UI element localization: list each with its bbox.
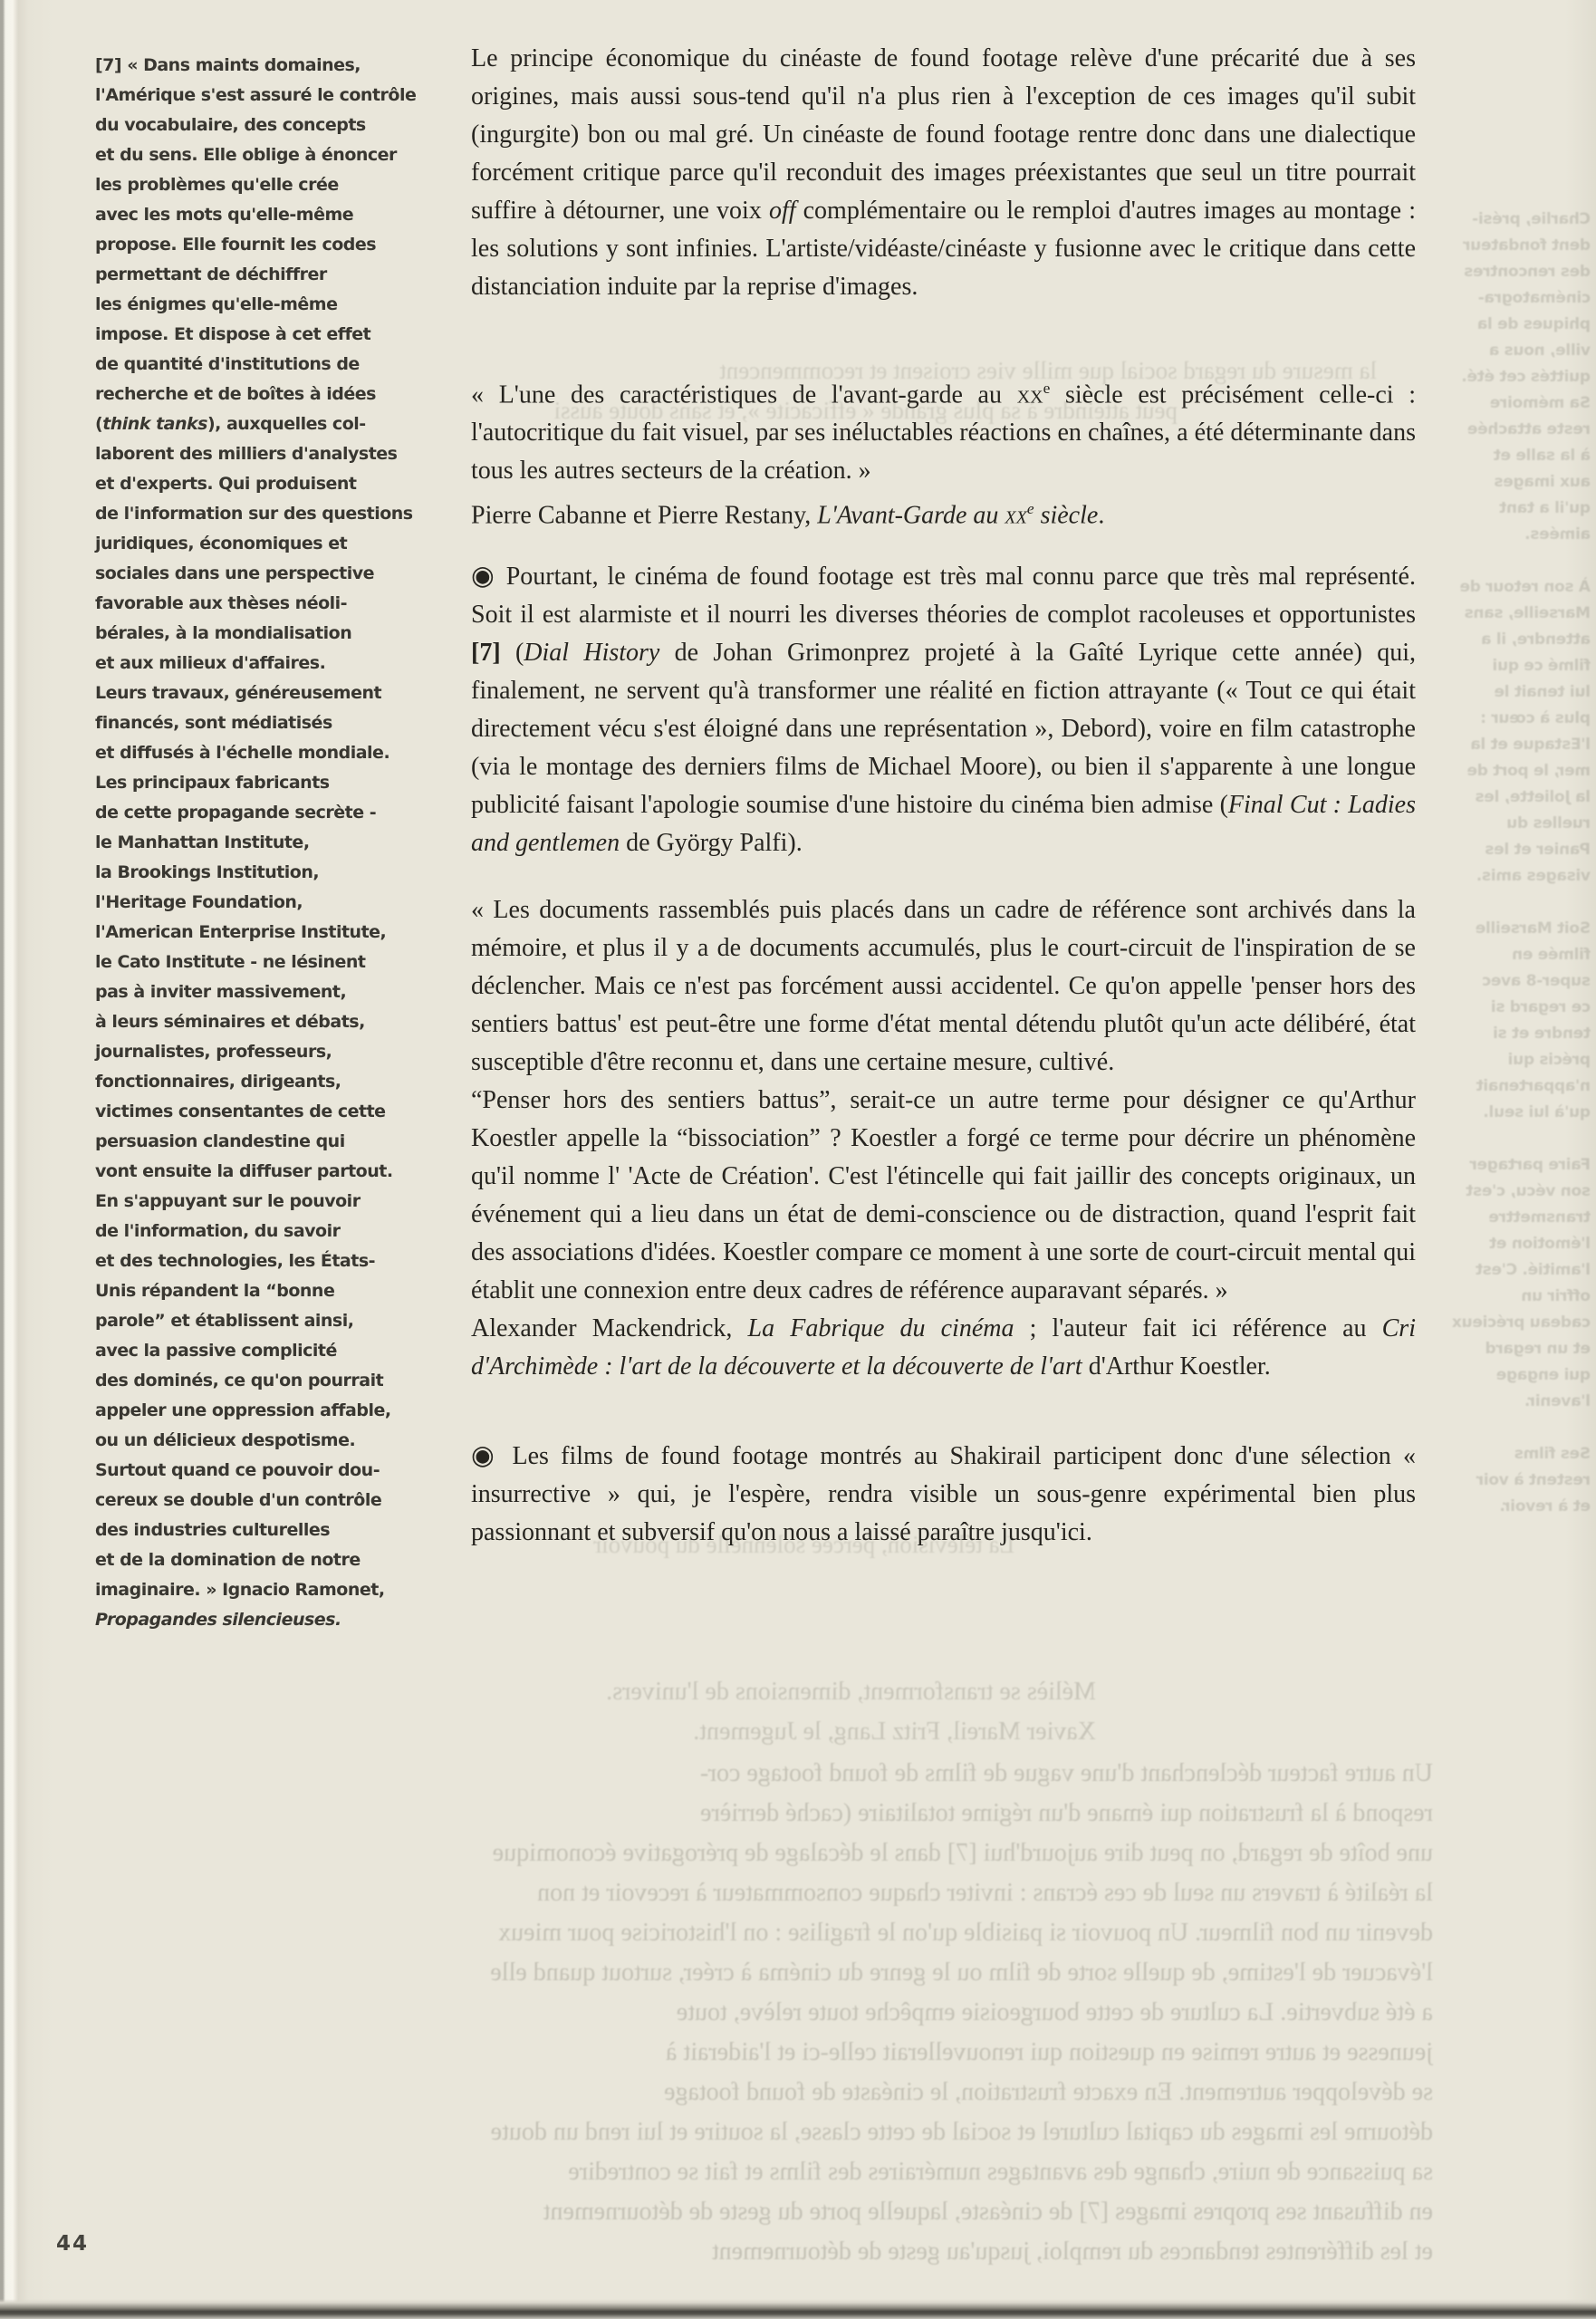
attribution-cabanne-restany: Pierre Cabanne et Pierre Restany, L'Avan…	[471, 490, 1416, 534]
bleedthrough-line: a été subvertie. La culture de cette bou…	[34, 1993, 1433, 2033]
bleedthrough-line: Faire partager	[1429, 1152, 1591, 1179]
footnote-line: de cette propagande secrète -	[95, 798, 462, 828]
footnote-line: En s'appuyant sur le pouvoir	[95, 1187, 462, 1217]
bleedthrough-line: l'évacuer de l'estime, de quelle sorte d…	[34, 1953, 1433, 1993]
bleedthrough-line: visages amis.	[1429, 863, 1591, 890]
bleedthrough-line: et à revoir.	[1429, 1494, 1591, 1520]
footnote-line: de l'information, du savoir	[95, 1217, 462, 1246]
bleedthrough-line: jeunesse et autre remise en question qui…	[34, 2033, 1433, 2073]
bleedthrough-line: qu'il a tant	[1429, 496, 1591, 522]
bleedthrough-line: offrir un	[1429, 1284, 1591, 1310]
footnote-line: et du sens. Elle oblige à énoncer	[95, 140, 462, 170]
scanned-page: Charlie, prési-dent fondateurdes rencont…	[0, 0, 1596, 2319]
bleedthrough-line: qui engage	[1429, 1362, 1591, 1389]
footnote-line: recherche et de boîtes à idées	[95, 380, 462, 409]
footnote-line: Leurs travaux, généreusement	[95, 678, 462, 708]
footnote-line: des dominés, ce qu'on pourrait	[95, 1366, 462, 1396]
bleedthrough-line: n'appartenait	[1429, 1073, 1591, 1100]
bleedthrough-line: dent fondateur	[1429, 233, 1591, 259]
footnote-line: des industries culturelles	[95, 1516, 462, 1545]
bleedthrough-line: Soit Marseille	[1429, 916, 1591, 942]
attribution-mackendrick: Alexander Mackendrick, La Fabrique du ci…	[471, 1310, 1416, 1386]
quote-avant-garde: « L'une des caractéristiques de l'avant-…	[471, 370, 1416, 490]
footnote-line: victimes consentantes de cette	[95, 1097, 462, 1127]
footnote-line: bérales, à la mondialisation	[95, 619, 462, 649]
bleedthrough-line: À son retour de	[1429, 574, 1591, 601]
footnote-line: appeler une oppression affable,	[95, 1396, 462, 1426]
footnote-line: la Brookings Institution,	[95, 858, 462, 888]
footnote-line: imaginaire. » Ignacio Ramonet,	[95, 1575, 462, 1605]
footnote-line: laborent des milliers d'analystes	[95, 439, 462, 469]
footnote-line: et diffusés à l'échelle mondiale.	[95, 738, 462, 768]
footnote-line: (think tanks), auxquelles col-	[95, 409, 462, 439]
bleedthrough-line: se développer autrement. En exacte frust…	[34, 2073, 1433, 2112]
footnote-line: Les principaux fabricants	[95, 768, 462, 798]
bleedthrough-line: mer, le port de	[1429, 758, 1591, 784]
paragraph-shakirail: ◉ Les films de found footage montrés au …	[471, 1437, 1416, 1552]
bleedthrough-line: l'Estaque et la	[1429, 732, 1591, 758]
bleedthrough-line: Xavier Mareil, Fritz Lang, le Jugement.	[389, 1712, 1096, 1752]
quote-koestler-part1: « Les documents rassemblés puis placés d…	[471, 891, 1416, 1082]
footnote-column: [7] « Dans maints domaines,l'Amérique s'…	[95, 51, 462, 1635]
bleedthrough-line: ville, nous a	[1429, 338, 1591, 364]
bleedthrough-line: et un regard	[1429, 1336, 1591, 1362]
footnote-line: persuasion clandestine qui	[95, 1127, 462, 1157]
main-text-column: Le principe économique du cinéaste de fo…	[471, 40, 1416, 1552]
footnote-line: à leurs séminaires et débats,	[95, 1007, 462, 1037]
bleedthrough-bottom-intro: Méliès se transforment, dimensions de l'…	[389, 1672, 1096, 1752]
bleedthrough-line: cinématogra-	[1429, 285, 1591, 312]
bleedthrough-line: tendre et si	[1429, 1021, 1591, 1047]
bleedthrough-bottom-block: Un autre facteur déclenchant d'une vague…	[34, 1754, 1433, 2272]
footnote-line: favorable aux thèses néoli-	[95, 589, 462, 619]
bleedthrough-line: la réalité à travers un seul de ces écra…	[34, 1873, 1433, 1913]
footnote-line: Propagandes silencieuses.	[95, 1605, 462, 1635]
bleedthrough-line: en diffusant ses propres images [7] de c…	[34, 2192, 1433, 2232]
paragraph-pourtant: ◉ Pourtant, le cinéma de found footage e…	[471, 557, 1416, 862]
footnote-line: du vocabulaire, des concepts	[95, 111, 462, 140]
bleedthrough-line: Un autre facteur déclenchant d'une vague…	[34, 1754, 1433, 1794]
bleedthrough-line: reste attachée	[1429, 417, 1591, 443]
scan-edge-right	[1565, 0, 1596, 2319]
bleedthrough-line: l'avenir.	[1429, 1389, 1591, 1415]
footnote-line: Surtout quand ce pouvoir dou-	[95, 1456, 462, 1486]
bleedthrough-line: cadeau précieux	[1429, 1310, 1591, 1336]
footnote-line: pas à inviter massivement,	[95, 977, 462, 1007]
footnote-line: journalistes, professeurs,	[95, 1037, 462, 1067]
bleedthrough-line: Ses films	[1429, 1441, 1591, 1467]
footnote-line: l'American Enterprise Institute,	[95, 918, 462, 948]
bleedthrough-line: une boîte de regard, on peut dire aujour…	[34, 1833, 1433, 1873]
bleedthrough-line: qu'à lui seul.	[1429, 1100, 1591, 1126]
bleedthrough-line: quittés cet été.	[1429, 364, 1591, 390]
scan-edge-bottom	[0, 2299, 1596, 2319]
footnote-line: propose. Elle fournit les codes	[95, 230, 462, 260]
bleedthrough-line: à la salle et	[1429, 443, 1591, 469]
scan-edge-left	[0, 0, 54, 2319]
bleedthrough-line: sa puissance de nuire, change des avanta…	[34, 2152, 1433, 2192]
bleedthrough-line: devenir un bon filmeur. Un pouvoir si pa…	[34, 1913, 1433, 1953]
page-number: 44	[56, 2232, 89, 2256]
footnote-line: et aux milieux d'affaires.	[95, 649, 462, 678]
footnote-line: sociales dans une perspective	[95, 559, 462, 589]
footnote-line: l'Amérique s'est assuré le contrôle	[95, 81, 462, 111]
bleedthrough-line	[1429, 548, 1591, 574]
bleedthrough-line: ruelles du	[1429, 811, 1591, 837]
bleedthrough-line: Charlie, prési-	[1429, 207, 1591, 233]
bleedthrough-line: aimées.	[1429, 522, 1591, 548]
footnote-line: ou un délicieux despotisme.	[95, 1426, 462, 1456]
footnote-line: [7] « Dans maints domaines,	[95, 51, 462, 81]
bleedthrough-line: l'émotion et	[1429, 1231, 1591, 1257]
footnote-line: et de la domination de notre	[95, 1545, 462, 1575]
bleedthrough-line: restent à voir	[1429, 1467, 1591, 1494]
bleedthrough-line: transmettre	[1429, 1205, 1591, 1231]
footnote-line: vont ensuite la diffuser partout.	[95, 1157, 462, 1187]
bleedthrough-line: filmée en	[1429, 942, 1591, 968]
footnote-line: l'Heritage Foundation,	[95, 888, 462, 918]
footnote-line: les énigmes qu'elle-même	[95, 290, 462, 320]
bleedthrough-line	[1429, 1126, 1591, 1152]
footnote-line: de quantité d'institutions de	[95, 350, 462, 380]
bleedthrough-line: Marseille, sans	[1429, 601, 1591, 627]
footnote-line: le Cato Institute - ne lésinent	[95, 948, 462, 977]
footnote-line: parole” et établissent ainsi,	[95, 1306, 462, 1336]
bleedthrough-line: détourne les images du capital culturel …	[34, 2112, 1433, 2152]
footnote-line: fonctionnaires, dirigeants,	[95, 1067, 462, 1097]
bleedthrough-line	[1429, 1415, 1591, 1441]
footnote-line: impose. Et dispose à cet effet	[95, 320, 462, 350]
bleedthrough-line: attendre, il a	[1429, 627, 1591, 653]
bleedthrough-line: respond à la frustration qui émane d'un …	[34, 1794, 1433, 1833]
bleedthrough-line: son vécu, c'est	[1429, 1179, 1591, 1205]
bleedthrough-line: phiques de la	[1429, 312, 1591, 338]
footnote-line: financés, sont médiatisés	[95, 708, 462, 738]
footnote-line: juridiques, économiques et	[95, 529, 462, 559]
bleedthrough-line: précis qui	[1429, 1047, 1591, 1073]
bleedthrough-line: aux images	[1429, 469, 1591, 496]
bleedthrough-line: Sa mémoire	[1429, 390, 1591, 417]
bleedthrough-line: filmé ce qui	[1429, 653, 1591, 679]
footnote-line: avec les mots qu'elle-même	[95, 200, 462, 230]
bleedthrough-line: des rencontres	[1429, 259, 1591, 285]
footnote-line: le Manhattan Institute,	[95, 828, 462, 858]
bleedthrough-line: Méliès se transforment, dimensions de l'…	[389, 1672, 1096, 1712]
footnote-line: avec la passive complicité	[95, 1336, 462, 1366]
footnote-line: de l'information sur des questions	[95, 499, 462, 529]
footnote-line: les problèmes qu'elle crée	[95, 170, 462, 200]
bleedthrough-line: super-8 avec	[1429, 968, 1591, 995]
bleedthrough-line: la Joliette, les	[1429, 784, 1591, 811]
bleedthrough-line: et les différentes tendances du remploi,…	[34, 2232, 1433, 2272]
bleedthrough-line: Panier et les	[1429, 837, 1591, 863]
bleedthrough-line: lui tenait le	[1429, 679, 1591, 706]
footnote-line: permettant de déchiffrer	[95, 260, 462, 290]
paragraph-principe-economique: Le principe économique du cinéaste de fo…	[471, 40, 1416, 306]
bleedthrough-right-column: Charlie, prési-dent fondateurdes rencont…	[1429, 207, 1591, 1520]
footnote-line: et des technologies, les États-	[95, 1246, 462, 1276]
bleedthrough-line: ce regard si	[1429, 995, 1591, 1021]
footnote-line: cereux se double d'un contrôle	[95, 1486, 462, 1516]
bleedthrough-line: plus à cœur :	[1429, 706, 1591, 732]
bleedthrough-line	[1429, 890, 1591, 916]
footnote-line: Unis répandent la “bonne	[95, 1276, 462, 1306]
quote-koestler-part2: “Penser hors des sentiers battus”, serai…	[471, 1082, 1416, 1310]
bleedthrough-line: l'amitié. C'est	[1429, 1257, 1591, 1284]
footnote-line: et d'experts. Qui produisent	[95, 469, 462, 499]
